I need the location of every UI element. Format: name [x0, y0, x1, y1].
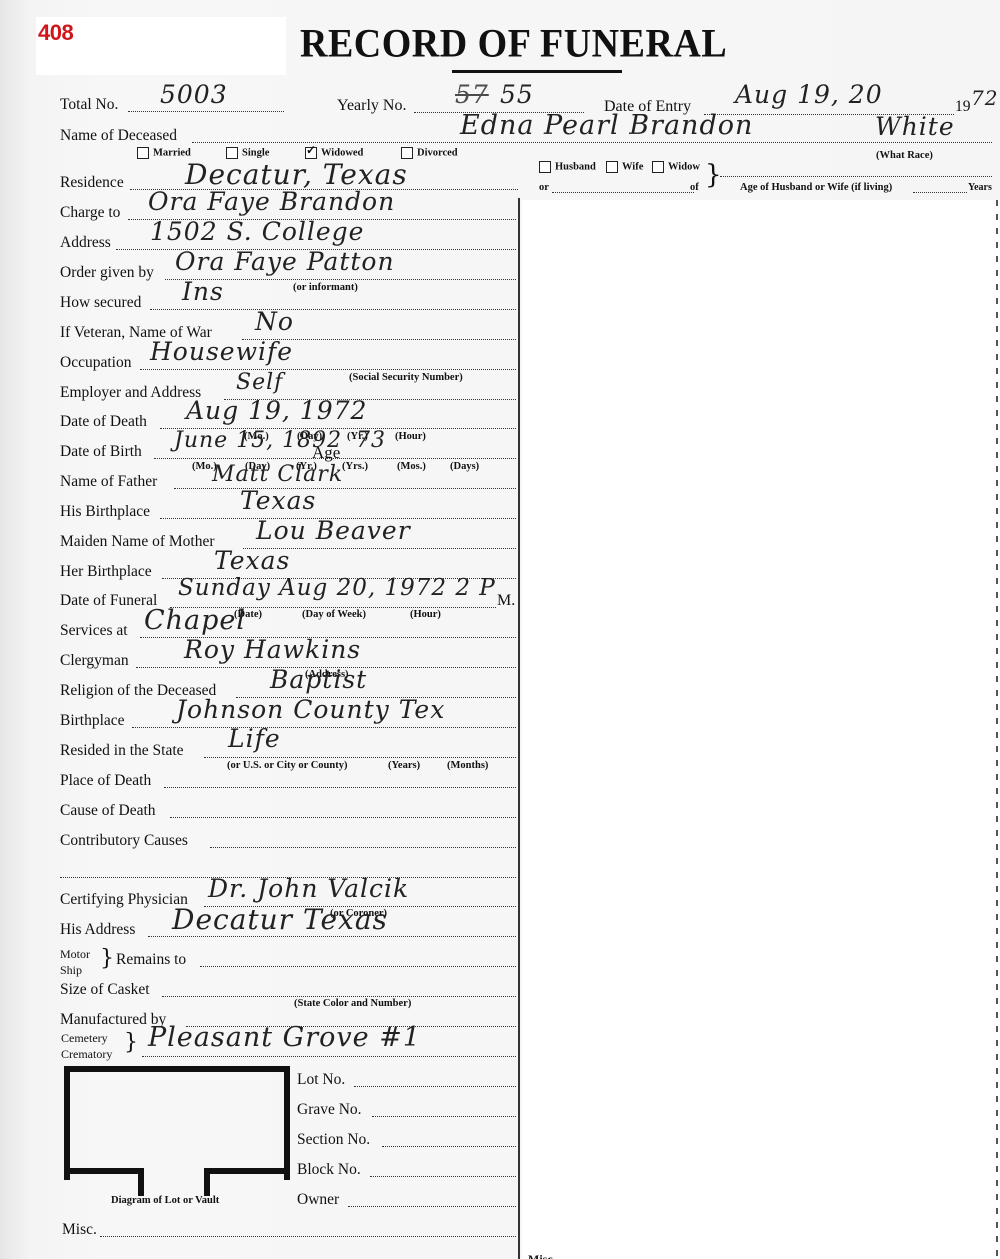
widow-checkbox[interactable]	[652, 161, 664, 173]
address-label: Address	[60, 234, 111, 252]
deceased-name-label: Name of Deceased	[60, 127, 177, 145]
resided-line	[204, 757, 516, 758]
father-name-line	[174, 488, 516, 489]
funeral-record-page: 408 RECORD OF FUNERAL Total No. 5003 Yea…	[0, 0, 1000, 1259]
motor-label: Motor	[60, 947, 90, 962]
residence-label: Residence	[60, 174, 124, 192]
page-number-box	[36, 17, 286, 75]
yearly-no-label: Yearly No.	[337, 97, 406, 115]
father-name-value[interactable]: Matt Clark	[212, 462, 343, 487]
brace-icon: }	[705, 160, 722, 190]
owner-line[interactable]	[348, 1206, 516, 1207]
lot-diagram	[64, 1066, 290, 1180]
how-secured-value[interactable]: Ins	[182, 277, 224, 306]
cause-of-death-line[interactable]	[170, 817, 516, 818]
funeral-date-label: Date of Funeral	[60, 592, 157, 610]
crematory-label: Crematory	[61, 1047, 112, 1062]
diagram-edge	[138, 1168, 144, 1196]
funeral-hour-caption: (Hour)	[410, 609, 441, 620]
age-label: Age	[312, 443, 340, 463]
date-of-entry-year[interactable]: 72	[971, 86, 998, 110]
age-value[interactable]: 73	[356, 428, 386, 453]
contributory-line[interactable]	[210, 847, 516, 848]
religion-value[interactable]: Baptist	[270, 665, 367, 694]
yearly-no-value[interactable]: 55	[500, 80, 534, 109]
birthplace-label: Birthplace	[60, 712, 125, 730]
resided-months-caption: (Months)	[447, 760, 488, 771]
date-of-entry-year-prefix: 19	[955, 98, 971, 116]
charge-to-value[interactable]: Ora Faye Brandon	[148, 187, 395, 216]
funeral-meridiem: M.	[497, 592, 515, 610]
ssn-caption: (Social Security Number)	[349, 372, 463, 383]
yearly-no-struck: 57	[455, 80, 489, 109]
spouse-widow[interactable]: Widow	[652, 161, 700, 173]
birthplace-line	[132, 727, 516, 728]
employer-value[interactable]: Self	[236, 370, 283, 395]
marital-divorced[interactable]: Divorced	[401, 147, 458, 159]
order-given-value[interactable]: Ora Faye Patton	[175, 247, 395, 276]
grave-no-line[interactable]	[372, 1116, 516, 1117]
misc-label: Misc.	[62, 1221, 97, 1239]
brace-icon: }	[100, 946, 114, 971]
married-checkbox[interactable]	[137, 147, 149, 159]
marital-married[interactable]: Married	[137, 147, 191, 159]
his-birthplace-value[interactable]: Texas	[240, 486, 316, 515]
race-value[interactable]: White	[875, 112, 955, 141]
cause-of-death-label: Cause of Death	[60, 802, 156, 820]
block-no-line[interactable]	[370, 1176, 516, 1177]
block-no-label: Block No.	[297, 1161, 361, 1179]
age-yrs-caption: (Yrs.)	[342, 461, 368, 472]
contributory-label: Contributory Causes	[60, 832, 188, 850]
resided-label: Resided in the State	[60, 742, 184, 760]
spouse-years-label: Years	[968, 182, 992, 193]
right-edge-line	[996, 200, 998, 1259]
his-address-value[interactable]: Decatur Texas	[172, 903, 388, 936]
age-days-caption: (Days)	[450, 461, 479, 472]
date-of-birth-label: Date of Birth	[60, 443, 142, 461]
section-no-label: Section No.	[297, 1131, 370, 1149]
spouse-or-label: or	[539, 182, 549, 193]
page-number: 408	[38, 20, 73, 46]
diagram-edge	[204, 1168, 284, 1174]
resided-value[interactable]: Life	[228, 724, 281, 753]
mother-maiden-label: Maiden Name of Mother	[60, 533, 215, 551]
how-secured-label: How secured	[60, 294, 141, 312]
diagram-edge	[204, 1168, 210, 1196]
spouse-husband[interactable]: Husband	[539, 161, 596, 173]
services-at-label: Services at	[60, 622, 128, 640]
total-no-value[interactable]: 5003	[160, 80, 228, 109]
her-birthplace-label: Her Birthplace	[60, 563, 152, 581]
total-no-label: Total No.	[60, 96, 118, 114]
total-no-line	[128, 111, 284, 112]
place-of-death-label: Place of Death	[60, 772, 151, 790]
ship-label: Ship	[60, 963, 82, 978]
race-caption: (What Race)	[876, 150, 933, 161]
right-blank-panel	[522, 200, 1000, 1259]
mother-maiden-value[interactable]: Lou Beaver	[256, 516, 411, 545]
husband-checkbox[interactable]	[539, 161, 551, 173]
funeral-dow-caption: (Day of Week)	[302, 609, 366, 620]
resided-years-caption: (Years)	[388, 760, 420, 771]
owner-label: Owner	[297, 1191, 339, 1209]
spouse-of-label: of	[690, 182, 699, 193]
column-divider	[518, 198, 520, 1259]
spouse-age-line	[913, 192, 967, 193]
remains-to-line[interactable]	[200, 966, 516, 967]
his-birthplace-label: His Birthplace	[60, 503, 150, 521]
brace-icon: }	[124, 1030, 138, 1055]
his-address-label: His Address	[60, 921, 135, 939]
services-at-value[interactable]: Chapel	[144, 605, 246, 636]
charge-to-label: Charge to	[60, 204, 120, 222]
date-of-entry-value[interactable]: Aug 19, 20	[735, 80, 883, 109]
resided-location-caption: (or U.S. or City or County)	[227, 760, 347, 771]
deceased-name-value[interactable]: Edna Pearl Brandon	[460, 110, 753, 141]
casket-size-label: Size of Casket	[60, 981, 150, 999]
veteran-value[interactable]: No	[255, 307, 294, 336]
father-name-label: Name of Father	[60, 473, 157, 491]
physician-value[interactable]: Dr. John Valcik	[208, 874, 409, 903]
clergyman-label: Clergyman	[60, 652, 129, 670]
how-secured-line	[150, 309, 516, 310]
title-underline	[452, 70, 622, 73]
misc-line[interactable]	[100, 1236, 516, 1237]
spouse-name-line	[720, 176, 992, 177]
order-given-caption: (or informant)	[293, 282, 358, 293]
occupation-value[interactable]: Housewife	[150, 337, 293, 366]
birthplace-value[interactable]: Johnson County Tex	[176, 695, 445, 724]
her-birthplace-value[interactable]: Texas	[214, 546, 290, 575]
clergyman-value[interactable]: Roy Hawkins	[184, 635, 361, 664]
place-of-death-line[interactable]	[164, 787, 516, 788]
date-of-death-label: Date of Death	[60, 413, 147, 431]
lot-no-label: Lot No.	[297, 1071, 345, 1089]
remains-to-label: Remains to	[116, 951, 186, 969]
spouse-wife[interactable]: Wife	[606, 161, 643, 173]
occupation-label: Occupation	[60, 354, 131, 372]
order-given-label: Order given by	[60, 264, 154, 282]
spouse-age-label: Age of Husband or Wife (if living)	[740, 182, 892, 193]
casket-caption: (State Color and Number)	[294, 998, 411, 1009]
age-mos-caption: (Mos.)	[397, 461, 426, 472]
cemetery-line	[142, 1056, 516, 1057]
cemetery-label: Cemetery	[61, 1031, 108, 1046]
misc-right-label: Misc.	[528, 1252, 556, 1259]
page-title: RECORD OF FUNERAL	[300, 21, 727, 67]
his-address-line	[148, 936, 516, 937]
funeral-date-value[interactable]: Sunday Aug 20, 1972 2 P	[178, 575, 496, 601]
spouse-or-line	[552, 192, 694, 193]
wife-checkbox[interactable]	[606, 161, 618, 173]
diagram-caption: Diagram of Lot or Vault	[111, 1195, 219, 1206]
death-hour-caption: (Hour)	[395, 431, 426, 442]
employer-label: Employer and Address	[60, 384, 201, 402]
diagram-edge	[64, 1168, 144, 1174]
physician-label: Certifying Physician	[60, 891, 188, 909]
occupation-line	[140, 369, 516, 370]
date-of-death-value[interactable]: Aug 19, 1972	[186, 396, 367, 425]
casket-size-line[interactable]	[162, 996, 516, 997]
lot-no-line[interactable]	[354, 1086, 516, 1087]
address-value[interactable]: 1502 S. College	[150, 217, 364, 246]
grave-no-label: Grave No.	[297, 1101, 362, 1119]
section-no-line[interactable]	[382, 1146, 516, 1147]
cemetery-value[interactable]: Pleasant Grove #1	[148, 1022, 421, 1053]
